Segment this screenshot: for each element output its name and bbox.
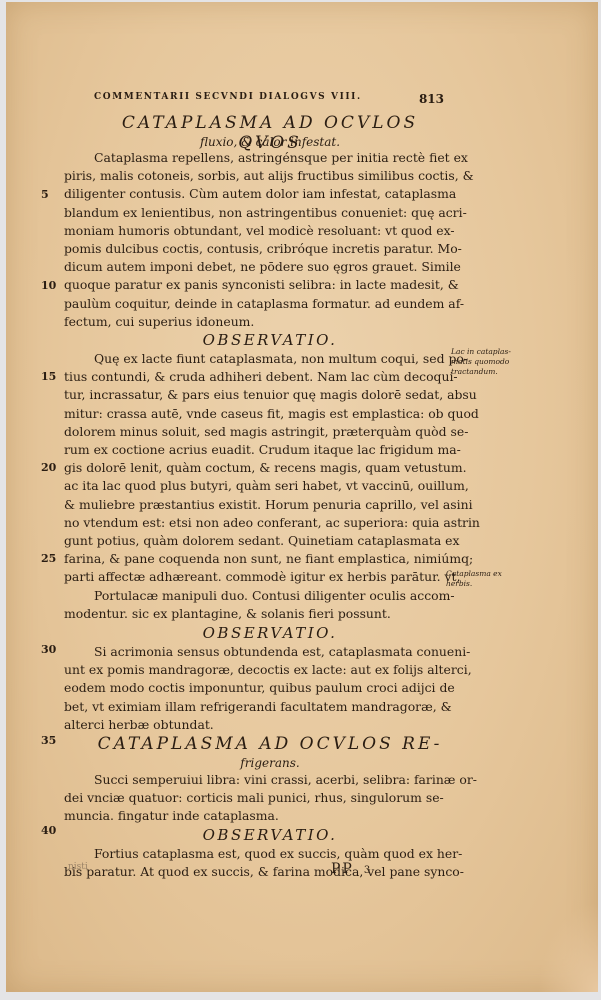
line-number: 10 (41, 279, 56, 292)
running-head-title: COMMENTARII SECVNDI DIALOGVS VIII. (94, 92, 362, 106)
signature-mark: PP3 (331, 861, 372, 877)
text-line: pomis dulcibus coctis, contusis, cribróq… (64, 240, 431, 258)
paragraph-2: Quę ex lacte fiunt cataplasmata, non mul… (64, 350, 431, 587)
paragraph-4: Si acrimonia sensus obtundenda est, cata… (64, 643, 431, 734)
running-head: COMMENTARII SECVNDI DIALOGVS VIII. 813 (94, 92, 444, 106)
text-line: muncia. fingatur inde cataplasma. (64, 807, 431, 825)
text-line: Portulacӕ manipuli duo. Contusi diligent… (64, 587, 431, 605)
text-line: Quę ex lacte fiunt cataplasmata, non mul… (64, 350, 431, 368)
line-number: 5 (41, 188, 49, 201)
text-line: & muliebre prӕstantius existit. Horum pe… (64, 496, 431, 514)
text-line: blandum ex lenientibus, non astringentib… (64, 204, 431, 222)
text-line: gunt potius, quàm dolorem sedant. Quinet… (64, 532, 431, 550)
line-number: 30 (41, 643, 56, 656)
folio-number: 813 (419, 92, 444, 106)
text-line: modentur. sic ex plantagine, & solanis f… (64, 605, 431, 623)
paragraph-1: Cataplasma repellens, astringénsque per … (64, 149, 431, 331)
section-heading-1-sub: fluxio, & calor infestat. (90, 134, 450, 150)
text-line: ac ita lac quod plus butyri, quàm seri h… (64, 477, 431, 495)
text-line: tur, incrassatur, & pars eius tenuior qu… (64, 386, 431, 404)
paragraph-3: Portulacӕ manipuli duo. Contusi diligent… (64, 587, 431, 623)
text-line: no vtendum est: etsi non adeo conferant,… (64, 514, 431, 532)
text-line: tius contundi, & cruda adhiheri debent. … (64, 368, 431, 386)
observatio-heading-1: OBSERVATIO. (90, 331, 450, 349)
text-line: rum ex coctione acrius euadit. Crudum it… (64, 441, 431, 459)
text-line: Fortius cataplasma est, quod ex succis, … (64, 845, 431, 863)
margin-note-herbs: Cataplasma ex herbis. (446, 569, 516, 589)
section-heading-2-sub: frigerans. (90, 755, 450, 771)
text-line: paulùm coquitur, deinde in cataplasma fo… (64, 295, 431, 313)
margin-note-milk: Lac in cataplas- matis quomodo tractandu… (451, 347, 521, 377)
text-line: diligenter contusis. Cùm autem dolor iam… (64, 185, 431, 203)
book-page: COMMENTARII SECVNDI DIALOGVS VIII. 813 C… (6, 2, 598, 992)
catchword: nisti (68, 862, 88, 872)
text-line: parti affectӕ adhӕreant. commodè igitur … (64, 568, 431, 586)
observatio-heading-2: OBSERVATIO. (90, 624, 450, 642)
text-line: fectum, cui superius idoneum. (64, 313, 431, 331)
line-number: 20 (41, 461, 56, 474)
line-number: 40 (41, 824, 56, 837)
line-number: 35 (41, 734, 56, 747)
text-line: Succi semperuiui libra: vini crassi, ace… (64, 771, 431, 789)
text-line: Si acrimonia sensus obtundenda est, cata… (64, 643, 431, 661)
text-line: dei vnciӕ quatuor: corticis mali punici,… (64, 789, 431, 807)
text-line: bis paratur. At quod ex succis, & farina… (64, 863, 431, 881)
section-heading-2: CATAPLASMA AD OCVLOS RE- (90, 734, 450, 754)
text-line: alterci herbӕ obtundat. (64, 716, 431, 734)
text-line: farina, & pane coquenda non sunt, ne fia… (64, 550, 431, 568)
text-line: eodem modo coctis imponuntur, quibus pau… (64, 679, 431, 697)
text-line: moniam humoris obtundant, vel modicè res… (64, 222, 431, 240)
text-line: gis dolorē lenit, quàm coctum, & recens … (64, 459, 431, 477)
observatio-heading-3: OBSERVATIO. (90, 826, 450, 844)
paragraph-5: Succi semperuiui libra: vini crassi, ace… (64, 771, 431, 826)
text-line: dolorem minus soluit, sed magis astringi… (64, 423, 431, 441)
text-line: dicum autem imponi debet, ne pōdere suo … (64, 258, 431, 276)
text-line: quoque paratur ex panis synconisti selib… (64, 276, 431, 294)
text-line: bet, vt eximiam illam refrigerandi facul… (64, 698, 431, 716)
line-number: 25 (41, 552, 56, 565)
text-line: Cataplasma repellens, astringénsque per … (64, 149, 431, 167)
text-line: unt ex pomis mandragorӕ, decoctis ex lac… (64, 661, 431, 679)
text-line: piris, malis cotoneis, sorbis, aut alijs… (64, 167, 431, 185)
line-number: 15 (41, 370, 56, 383)
paragraph-6: Fortius cataplasma est, quod ex succis, … (64, 845, 431, 881)
text-line: mitur: crassa autē, vnde caseus fit, mag… (64, 405, 431, 423)
